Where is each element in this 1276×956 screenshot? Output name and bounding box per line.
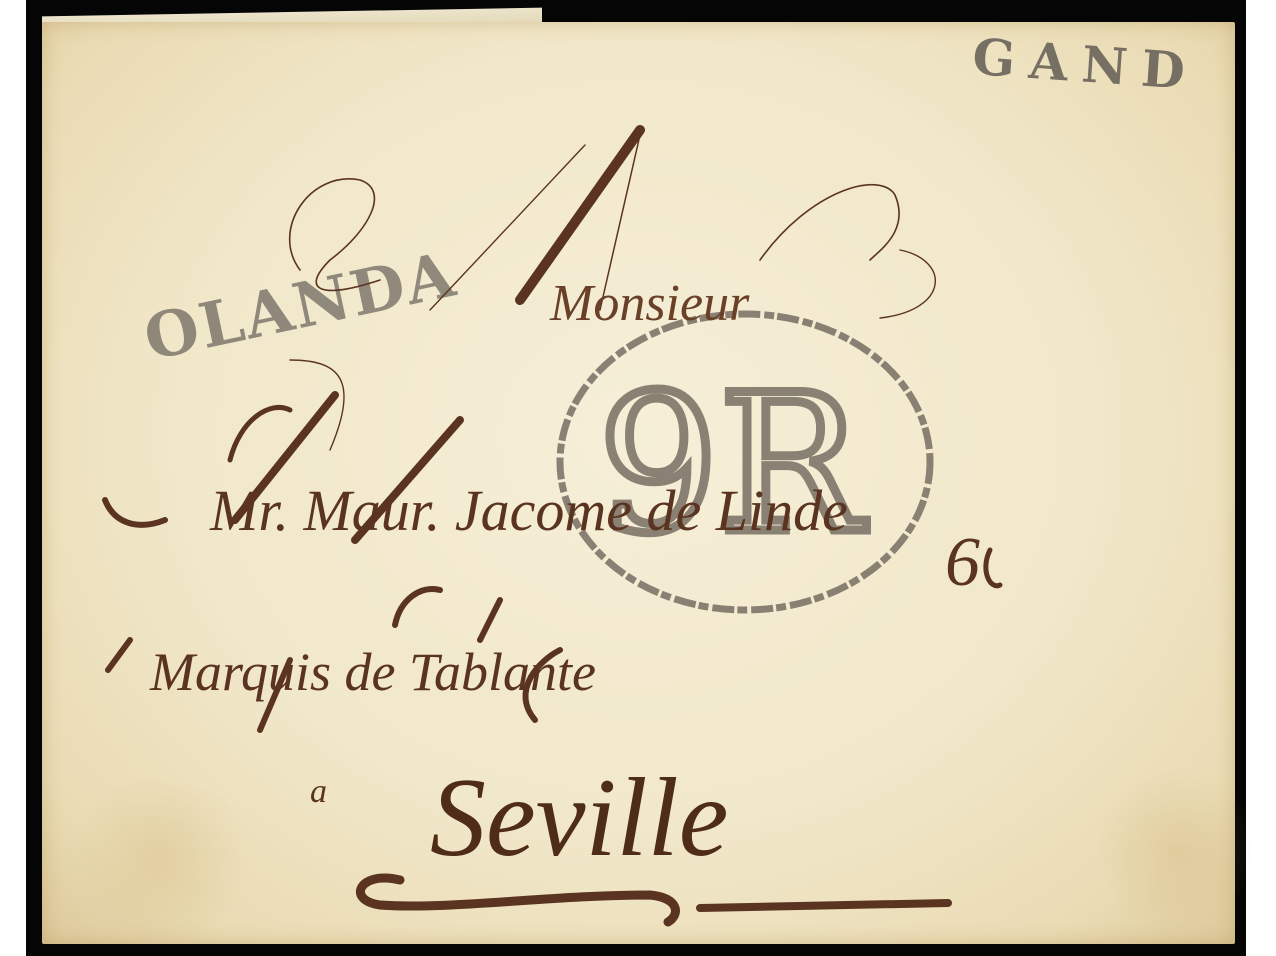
manuscript-rate: 6 — [945, 524, 980, 601]
addressee-text: Mr. Maur. Jacome de Linde — [209, 478, 848, 543]
destination-city: Seville — [430, 756, 728, 880]
rate-oval-postmark: 9R — [560, 314, 930, 610]
olanda-postmark: OLANDA — [138, 238, 463, 375]
addressee-flourish — [105, 360, 1000, 586]
olanda-postmark-text: OLANDA — [138, 238, 463, 375]
destination-prefix: a — [310, 773, 327, 810]
gand-postmark-text: GAND — [971, 27, 1201, 102]
underline-flourish — [360, 878, 948, 922]
salutation-text: Monsieur — [549, 275, 750, 332]
letter-ink-layer: GAND OLANDA 9R Monsieur Mr. Maur. Jacome… — [0, 0, 1276, 956]
gand-postmark: GAND — [971, 27, 1201, 102]
title-text: Marquis de Tablante — [149, 642, 596, 702]
